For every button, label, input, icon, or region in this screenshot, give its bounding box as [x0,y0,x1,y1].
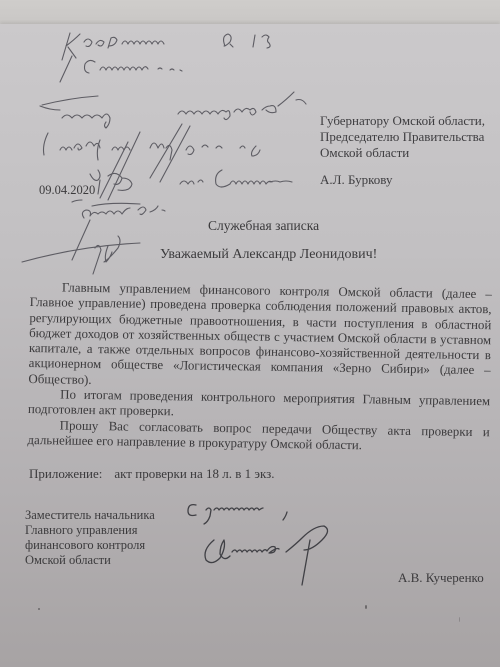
addressee-line-3: Омской области [320,145,485,161]
signer-title-line-1: Заместитель начальника [25,508,155,523]
dust-speck [365,605,367,609]
signer-title-line-4: Омской области [25,553,155,568]
document-body: Главным управлением финансового контроля… [27,280,492,456]
dust-speck [38,608,40,610]
attachment-line: Приложение:акт проверки на 18 л. в 1 экз… [29,466,275,482]
addressee-block: Губернатору Омской области, Председателю… [320,113,485,161]
signer-title-block: Заместитель начальника Главного управлен… [25,508,155,568]
background-surface [0,0,500,24]
dust-speck [459,617,460,622]
signer-title-line-3: финансового контроля [25,538,155,553]
addressee-name: А.Л. Буркову [320,172,392,188]
body-paragraph-1: Главным управлением финансового контроля… [28,280,492,394]
signer-title-line-2: Главного управления [25,523,155,538]
addressee-line-1: Губернатору Омской области, [320,113,485,129]
attachment-label: Приложение: [29,466,102,481]
salutation: Уважаемый Александр Леонидович! [160,247,377,263]
addressee-line-2: Председателю Правительства [320,129,485,145]
signer-name: А.В. Кучеренко [398,570,484,586]
document-type-heading: Служебная записка [208,218,319,234]
attachment-value: акт проверки на 18 л. в 1 экз. [114,466,274,481]
